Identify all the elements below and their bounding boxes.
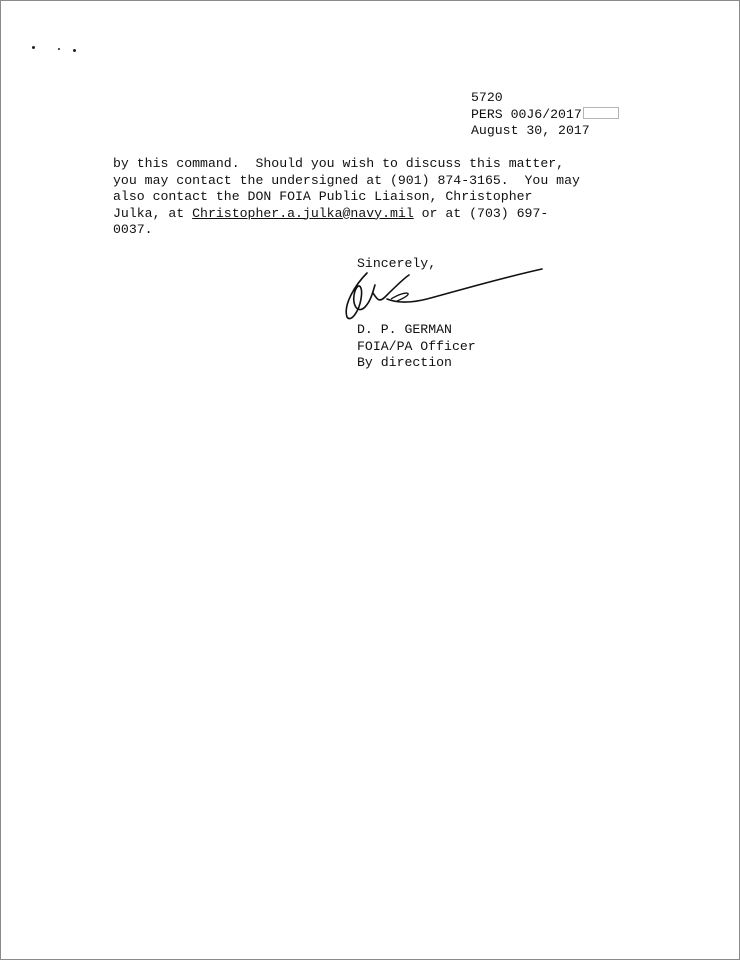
- body-line: you may contact the undersigned at (901)…: [113, 173, 580, 188]
- signer-authority: By direction: [357, 355, 452, 370]
- body-line-suffix: or at (703) 697-: [414, 206, 549, 221]
- body-line: 0037.: [113, 222, 153, 237]
- ssic-code: 5720: [471, 90, 503, 105]
- serial-number: PERS 00J6/2017: [471, 107, 582, 122]
- redacted-box: [583, 107, 619, 119]
- body-line-prefix: Julka, at: [113, 206, 192, 221]
- scan-speck: [32, 46, 35, 49]
- scan-speck: [58, 48, 60, 50]
- letter-header: 5720 PERS 00J6/2017 August 30, 2017: [471, 90, 619, 140]
- letter-page: 5720 PERS 00J6/2017 August 30, 2017 by t…: [0, 0, 740, 960]
- signature-block: D. P. GERMAN FOIA/PA Officer By directio…: [357, 322, 476, 372]
- body-line: also contact the DON FOIA Public Liaison…: [113, 189, 532, 204]
- letter-date: August 30, 2017: [471, 123, 590, 138]
- signer-name: D. P. GERMAN: [357, 322, 452, 337]
- email-link[interactable]: Christopher.a.julka@navy.mil: [192, 206, 414, 221]
- signature-icon: [337, 263, 547, 325]
- letter-body: by this command. Should you wish to disc…: [113, 156, 653, 239]
- body-line: by this command. Should you wish to disc…: [113, 156, 564, 171]
- scan-speck: [73, 49, 76, 52]
- signer-title: FOIA/PA Officer: [357, 339, 476, 354]
